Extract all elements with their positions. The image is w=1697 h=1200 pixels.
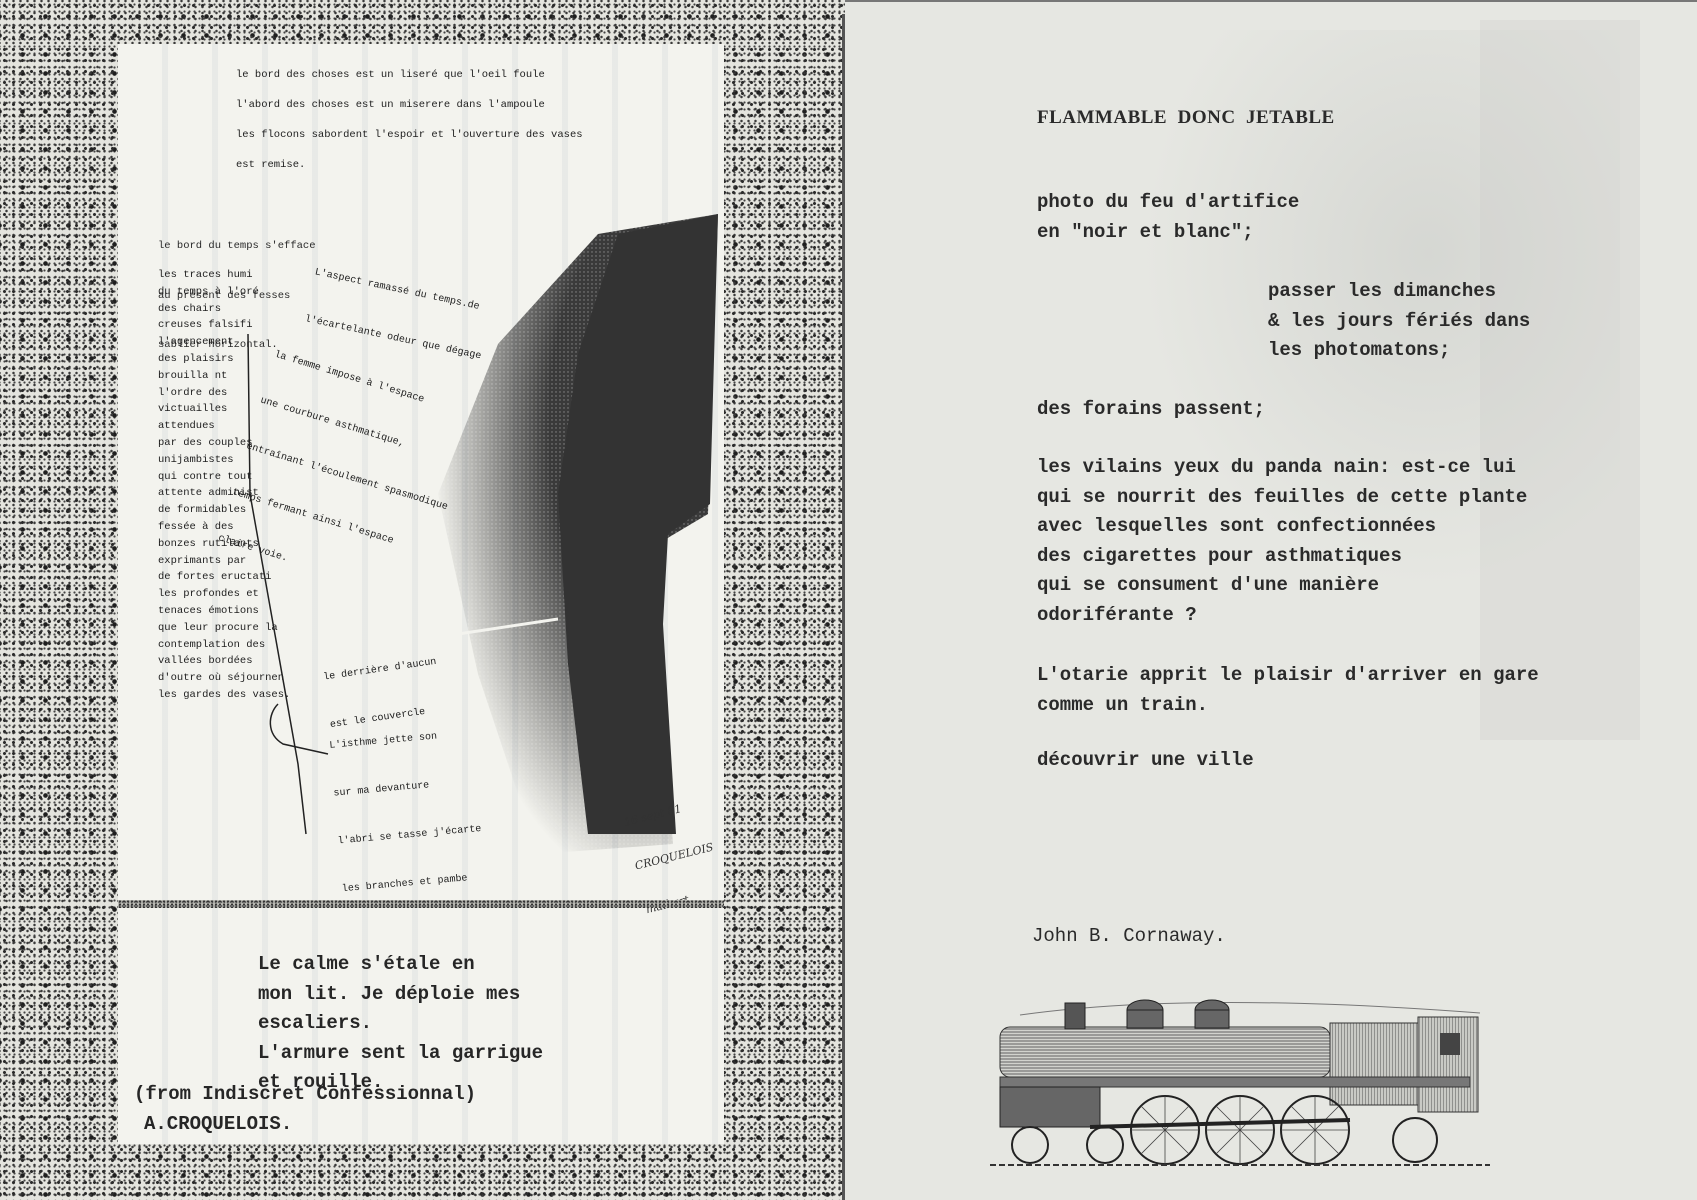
text-line: Le calme s'étale en — [258, 950, 543, 980]
poem-text: Le calme s'étale enmon lit. Je déploie m… — [258, 950, 543, 1098]
collage-line: le bord des choses est un liseré que l'o… — [236, 70, 545, 81]
stanza-5: L'otarie apprit le plaisir d'arriver en … — [1037, 661, 1539, 720]
text-line: escaliers. — [258, 1009, 543, 1039]
stanza-6: découvrir une ville — [1037, 746, 1254, 776]
text-line: passer les dimanches — [1268, 277, 1530, 307]
text-line: les traces humi — [158, 267, 290, 284]
magazine-spread: le bord des choses est un liseré que l'o… — [0, 0, 1697, 1200]
collage-sheet: le bord des choses est un liseré que l'o… — [118, 44, 724, 1144]
note-line: CROQUELOIS — [633, 840, 714, 874]
text-line: découvrir une ville — [1037, 746, 1254, 776]
faded-background-column — [1480, 20, 1640, 740]
locomotive-illustration — [990, 995, 1515, 1170]
text-line: L'otarie apprit le plaisir d'arriver en … — [1037, 661, 1539, 691]
stanza-3: des forains passent; — [1037, 395, 1265, 425]
collage-line: le derrière d'aucun — [322, 655, 437, 687]
collage-line: est remise. — [236, 160, 305, 171]
text-line: L'armure sent la garrigue — [258, 1039, 543, 1069]
collage-line: les branches et pambe — [341, 870, 486, 898]
text-line: qui se consument d'une manière — [1037, 571, 1527, 601]
poem-title: FLAMMABLE DONC JETABLE — [1037, 103, 1335, 133]
text-line: du temps à l'oré — [158, 284, 290, 301]
note-line: 16 sept 81 — [622, 796, 703, 830]
right-author: John B. Cornaway. — [1032, 922, 1226, 952]
text-line: des forains passent; — [1037, 395, 1265, 425]
collage-line: le bord du temps s'efface — [158, 238, 316, 255]
left-page: le bord des choses est un liseré que l'o… — [0, 0, 845, 1200]
stanza-2: passer les dimanches& les jours fériés d… — [1268, 277, 1530, 366]
mail-art-collage: le bord des choses est un liseré que l'o… — [118, 44, 724, 899]
lower-text-2: L'isthme jette son sur ma devanture l'ab… — [326, 694, 489, 930]
text-line: mon lit. Je déploie mes — [258, 980, 543, 1010]
text-line: odoriférante ? — [1037, 601, 1527, 631]
poem-source: (from Indiscret Confessionnal) — [134, 1083, 476, 1105]
collage-line: l'abord des choses est un miserere dans … — [236, 100, 545, 111]
stanza-1: photo du feu d'artificeen "noir et blanc… — [1037, 188, 1299, 247]
speckle-divider — [118, 900, 724, 908]
collage-line: sur ma devanture — [333, 774, 478, 802]
text-line: photo du feu d'artifice — [1037, 188, 1299, 218]
text-line: en "noir et blanc"; — [1037, 218, 1299, 248]
text-line: qui se nourrit des feuilles de cette pla… — [1037, 483, 1527, 513]
collage-line: les flocons sabordent l'espoir et l'ouve… — [236, 130, 583, 141]
stanza-4: les vilains yeux du panda nain: est-ce l… — [1037, 453, 1527, 630]
text-line: avec lesquelles sont confectionnées — [1037, 512, 1527, 542]
text-line: des cigarettes pour asthmatiques — [1037, 542, 1527, 572]
text-line: comme un train. — [1037, 691, 1539, 721]
text-line: les photomatons; — [1268, 336, 1530, 366]
collage-line: L'aspect ramassé du temps.de — [313, 265, 492, 318]
text-line: les vilains yeux du panda nain: est-ce l… — [1037, 453, 1527, 483]
poem-author: A.CROQUELOIS. — [144, 1113, 292, 1135]
collage-line: l'abri se tasse j'écarte — [337, 822, 482, 850]
collage-line: L'isthme jette son — [329, 726, 474, 754]
text-line: & les jours fériés dans — [1268, 307, 1530, 337]
